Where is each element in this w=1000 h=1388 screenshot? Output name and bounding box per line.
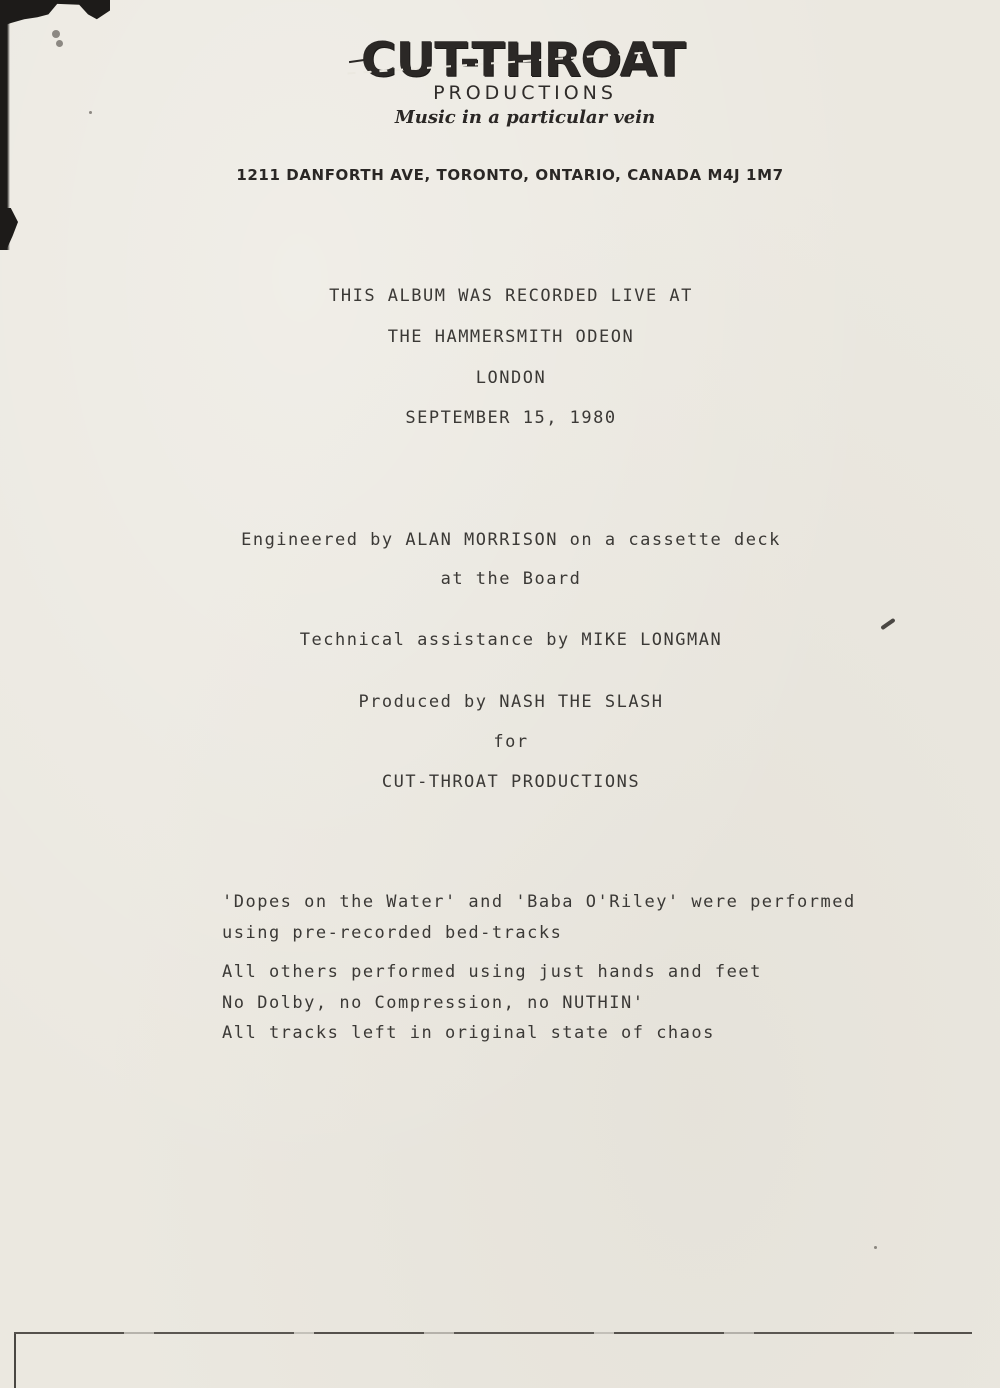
recording-line-1: THIS ALBUM WAS RECORDED LIVE AT [0,286,1000,306]
bottom-left-tick [14,1334,16,1388]
ink-dot [874,1246,877,1249]
note-line: using pre-recorded bed-tracks [222,923,562,943]
recording-city: LONDON [0,368,1000,388]
credit-company: CUT-THROAT PRODUCTIONS [0,772,1000,792]
company-address: 1211 DANFORTH AVE, TORONTO, ONTARIO, CAN… [0,166,1000,184]
note-line: No Dolby, no Compression, no NUTHIN' [222,993,644,1013]
credit-produced: Produced by NASH THE SLASH [0,692,1000,712]
note-line: All tracks left in original state of cha… [222,1023,715,1043]
credit-for: for [0,732,1000,752]
letterhead: CUT-THROAT PRODUCTIONS Music in a partic… [0,36,1000,130]
bottom-rule-line [14,1332,972,1334]
note-line: 'Dopes on the Water' and 'Baba O'Riley' … [222,892,856,912]
note-line: All others performed using just hands an… [222,962,762,982]
credit-technical: Technical assistance by MIKE LONGMAN [0,630,1000,650]
recording-venue: THE HAMMERSMITH ODEON [0,327,1000,347]
recording-date: SEPTEMBER 15, 1980 [0,408,1000,428]
logo-tagline: Music in a particular vein [50,106,1000,130]
cut-throat-logo: CUT-THROAT [367,36,678,86]
credit-engineered-cont: at the Board [0,569,1000,589]
credit-engineered: Engineered by ALAN MORRISON on a cassett… [0,530,1000,550]
